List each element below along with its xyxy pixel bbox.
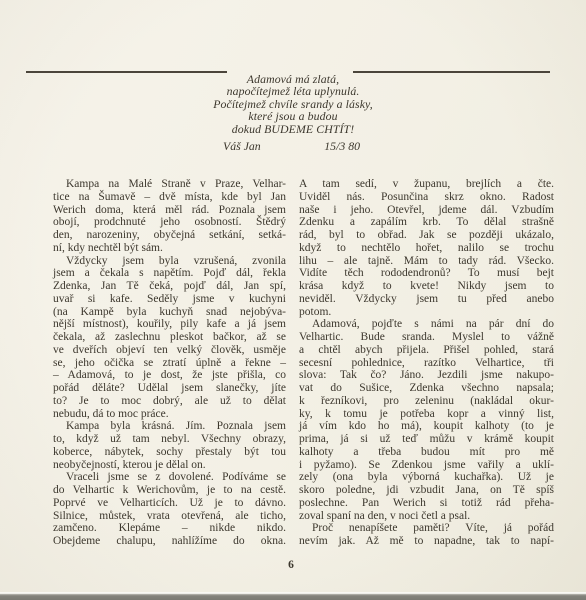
text-line: – Adamová, to je dost, že jste přišla, c… <box>53 369 286 382</box>
epigraph: Adamová má zlatá, napočítejmež léta uply… <box>0 73 586 135</box>
text-line: zoval spaní na den, v noci četl a psal. <box>299 510 554 523</box>
text-line: do Velhartic k Werichovům, je to na cest… <box>53 484 286 497</box>
text-line: obojí, prodchnuté jeho osobností. Štědrý <box>53 216 286 229</box>
paragraph: Vždycky jsem byla vzrušená, zvonilajsem … <box>53 255 286 421</box>
text-line: Kampa byla krásná. Jím. Poznala jsem <box>53 420 286 433</box>
text-line: Vždycky jsem byla vzrušená, zvonila <box>53 255 286 268</box>
text-line: já vím kdo ho má), koupit kalhoty (to je <box>299 420 554 433</box>
text-line: krása když to kvete! Nikdy jsem to <box>299 280 554 293</box>
text-line: a chtěl abych přijela. Přišel pohled, st… <box>299 344 554 357</box>
epigraph-line: dokud BUDEME CHTÍT! <box>0 123 586 135</box>
epigraph-line: které jsou a budou <box>0 110 586 122</box>
text-line: k řezníkovi, pro zeleninu (nakládal okur… <box>299 395 554 408</box>
paragraph: A tam sedí, v županu, brejlích a čte.Uvi… <box>299 178 554 318</box>
text-line: Kampa na Malé Straně v Praze, Velhar- <box>53 178 286 191</box>
text-line: zamčeno. Klepáme – nikde nikdo. <box>53 522 286 535</box>
text-line: Vraceli jsme se z dovolené. Podíváme se <box>53 471 286 484</box>
text-column-left: Kampa na Malé Straně v Praze, Velhar-tic… <box>53 178 286 548</box>
text-line: nebudu, dá to moc práce. <box>53 408 286 421</box>
text-line: (na Kampě byla kuchyň snad nejobýva- <box>53 306 286 319</box>
text-line: když to nechtělo hořet, nalilo se trochu <box>299 242 554 255</box>
text-line: pořád děláte? Udělal jsem slanečky, jíte <box>53 382 286 395</box>
text-line: nevím jak. Až mě to napadne, tak to napí… <box>299 535 554 548</box>
text-line: ní, kdy nechtěl být sám. <box>53 242 286 255</box>
text-line: Proč nenapíšete paměti? Víte, já pořád <box>299 522 554 535</box>
text-line: A tam sedí, v županu, brejlích a čte. <box>299 178 554 191</box>
paragraph: Proč nenapíšete paměti? Víte, já pořádne… <box>299 522 554 548</box>
text-line: Velhartic. Bude sranda. Myslel to vážně <box>299 331 554 344</box>
text-line: Werich doma, která měl rád. Poznala jsem <box>53 204 286 217</box>
text-line: jsem a čekala s napětím. Pojď dál, řekla <box>53 267 286 280</box>
text-line: i pyžamo). Se Zdenkou jsme vařily a uklí… <box>299 459 554 472</box>
paragraph: Vraceli jsme se z dovolené. Podíváme sed… <box>53 471 286 548</box>
epigraph-signature-row: Váš Jan 15/3 80 <box>223 139 360 154</box>
text-line: se, jeho očička se ztratí úplně a řekne … <box>53 357 286 370</box>
text-line: zely (ona byla výborná kuchařka). Už je <box>299 471 554 484</box>
signature-date: 15/3 80 <box>324 139 360 154</box>
text-line: uvař si kafe. Seděly jsme v kuchyni <box>53 293 286 306</box>
text-line: naše i jeho. Otevřel, jdeme dál. Vzbudím <box>299 204 554 217</box>
paragraph: Kampa na Malé Straně v Praze, Velhar-tic… <box>53 178 286 255</box>
text-line: poslechne. Pan Werich si totiž rád přeha… <box>299 497 554 510</box>
text-line: ve dveřích objeví ten velký člověk, usmě… <box>53 344 286 357</box>
text-line: secesní pohlednice, razítko Velhartice, … <box>299 357 554 370</box>
text-line: tice na Šumavě – dvě místa, kde byl Jan <box>53 191 286 204</box>
paragraph: Kampa byla krásná. Jím. Poznala jsemto, … <box>53 420 286 471</box>
text-line: neobyčejností, kterou je dělal on. <box>53 459 286 472</box>
text-line: potom. <box>299 306 554 319</box>
text-line: Zdenku a zapálím krb. To dělal strašně <box>299 216 554 229</box>
text-line: lihu – ale tajně. Mám to tady rád. Všeck… <box>299 255 554 268</box>
text-line: prima, já si už teď můžu v krámě koupit <box>299 433 554 446</box>
signature-name: Váš Jan <box>223 139 261 154</box>
text-line: čekala, až zaslechnu pleskot bačkor, až … <box>53 331 286 344</box>
text-line: Zdenka, Jan Tě čeká, pojď dál, Jan spí, <box>53 280 286 293</box>
text-line: Silnice, můstek, vrata otevřená, ale tic… <box>53 510 286 523</box>
text-line: Adamová, pojďte s námi na pár dní do <box>299 318 554 331</box>
paragraph: Adamová, pojďte s námi na pár dní doVelh… <box>299 318 554 522</box>
text-line: to? Je to moc dobrý, ale už to dělat <box>53 395 286 408</box>
page-bottom-edge <box>0 592 586 600</box>
text-line: vat do Sušice, Zdenka všechno napsala; <box>299 382 554 395</box>
text-line: Poprvé ve Velharticích. Už je to dávno. <box>53 497 286 510</box>
text-line: slova: Tak čo? Jáno. Jezdili jsme nakupo… <box>299 369 554 382</box>
text-line: nější místnost), kouřily, pily kafe a já… <box>53 318 286 331</box>
text-line: den, narozeniny, obyčejná setkání, setká… <box>53 229 286 242</box>
text-line: ky, k tomu je potřeba kopr a vinný list, <box>299 408 554 421</box>
page-number: 6 <box>0 559 582 571</box>
text-column-right: A tam sedí, v županu, brejlích a čte.Uvi… <box>299 178 554 548</box>
text-line: to, když už tam nebyl. Všechny obrazy, <box>53 433 286 446</box>
book-page: { "colors": { "paper": "#f3f0e5", "ink":… <box>0 0 586 600</box>
text-line: rád, byl to obřad. Jak se později ukázal… <box>299 229 554 242</box>
text-line: neviděl. Vždycky jsem tu před anebo <box>299 293 554 306</box>
text-line: koberce, nábytek, sochy přestaly být tou <box>53 446 286 459</box>
text-line: skoro poledne, jdi vzbudit Jana, on Tě s… <box>299 484 554 497</box>
text-line: Vidíte těch rododendronů? To musí bejt <box>299 267 554 280</box>
text-line: kalhoty a třeba budou mít pro mě <box>299 446 554 459</box>
text-line: Obejdeme chalupu, nahlížíme do okna. <box>53 535 286 548</box>
text-line: Uviděl nás. Posunčina skrz okno. Radost <box>299 191 554 204</box>
